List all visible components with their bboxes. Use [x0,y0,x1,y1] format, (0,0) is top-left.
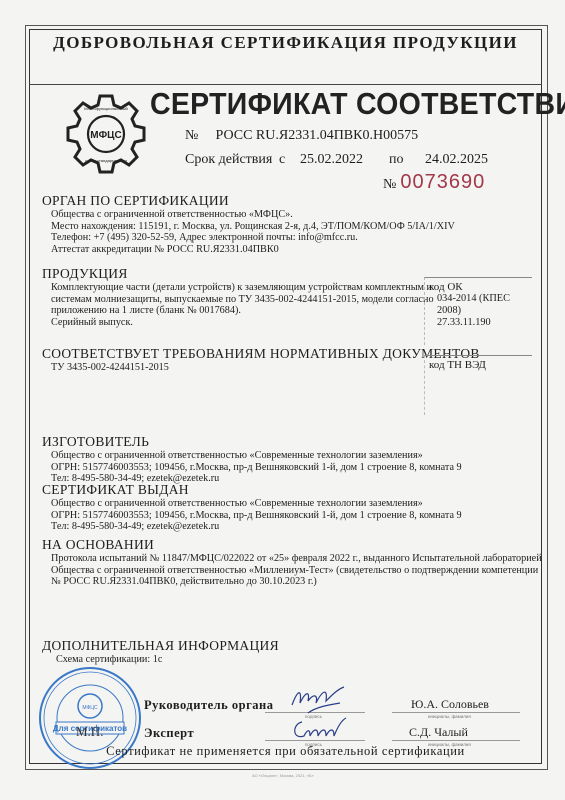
expert-label: Эксперт [144,726,194,741]
svg-text:Многофункциональный: Многофункциональный [84,106,128,111]
basis-section: НА ОСНОВАНИИ Протокола испытаний № 11847… [42,537,542,588]
text-line: ОГРН: 5157746003553; 109456, г.Москва, п… [51,510,462,522]
mfcs-gear-logo: МФЦС Многофункциональный центр стандарти… [64,92,148,176]
section-heading: ДОПОЛНИТЕЛЬНАЯ ИНФОРМАЦИЯ [42,638,279,653]
section-heading: ОРГАН ПО СЕРТИФИКАЦИИ [42,193,455,208]
code-ok-value: 034-2014 (КПЕС 2008) [429,293,532,317]
section-heading: ИЗГОТОВИТЕЛЬ [42,434,462,449]
number-label: № [185,128,212,144]
serial-label: № [383,177,396,192]
svg-text:МФЦС: МФЦС [82,705,98,711]
code-tn-ved-box: код ТН ВЭД [424,355,532,415]
text-line: Тел: 8-495-580-34-49; ezetek@ezetek.ru [51,521,462,533]
validity-label: Срок действия [185,152,272,168]
certificate-main-title: СЕРТИФИКАТ СООТВЕТСТВИЯ [150,86,565,122]
additional-info-section: ДОПОЛНИТЕЛЬНАЯ ИНФОРМАЦИЯ Схема сертифик… [42,638,279,666]
text-line: ОГРН: 5157746003553; 109456, г.Москва, п… [51,462,462,474]
code-ok-box: код ОК 034-2014 (КПЕС 2008) 27.33.11.190 [424,277,532,345]
text-line: Общества с ограниченной ответственностью… [51,209,455,221]
section-heading: СЕРТИФИКАТ ВЫДАН [42,482,462,497]
text-line: Общества с ограниченной ответственностью… [51,565,542,577]
text-line: Серийный выпуск. [51,317,434,329]
certificate-number: № РОСС RU.Я2331.04ПВК0.Н00575 [185,128,418,144]
text-line: № РОСС RU.Я2331.04ПВК0, действительно до… [51,576,542,588]
expert-name: С.Д. Чалый [409,725,468,740]
to-label: по [389,152,404,168]
svg-text:МФЦС: МФЦС [90,130,121,141]
manufacturer-section: ИЗГОТОВИТЕЛЬ Общество с ограниченной отв… [42,434,462,485]
serial-value: 0073690 [400,171,485,193]
issued-to-section: СЕРТИФИКАТ ВЫДАН Общество с ограниченной… [42,482,462,533]
section-heading: ПРОДУКЦИЯ [42,266,434,281]
section-heading: СООТВЕТСТВУЕТ ТРЕБОВАНИЯМ НОРМАТИВНЫХ ДО… [42,346,480,361]
head-handwritten-signature [288,685,348,717]
name-caption: инициалы, фамилия [428,714,471,719]
text-line: Телефон: +7 (495) 320-52-59, Адрес элект… [51,232,455,244]
code-ok-value: 27.33.11.190 [429,317,532,329]
text-line: Общество с ограниченной ответственностью… [51,450,462,462]
blank-serial-number: №0073690 [383,171,485,194]
text-line: Схема сертификации: 1с [51,654,279,666]
text-line: Общество с ограниченной ответственностью… [51,498,462,510]
expert-handwritten-signature [288,714,348,744]
to-date: 24.02.2025 [425,152,488,168]
code-tn-ved-title: код ТН ВЭД [429,359,532,371]
number-value: РОСС RU.Я2331.04ПВК0.Н00575 [216,128,419,143]
voluntary-certification-title: ДОБРОВОЛЬНАЯ СЕРТИФИКАЦИЯ ПРОДУКЦИИ [29,33,542,53]
text-line: Аттестат аккредитации № РОСС RU.Я2331.04… [51,244,455,256]
printer-imprint: АО «Опцион», Москва, 2021, «Б» [252,773,314,778]
head-name-line [392,712,520,713]
from-label: с [279,152,285,168]
compliance-section: СООТВЕТСТВУЕТ ТРЕБОВАНИЯМ НОРМАТИВНЫХ ДО… [42,346,480,374]
head-of-body-label: Руководитель органа [144,698,273,713]
code-ok-title: код ОК [429,281,532,293]
seal-place-label: М.П. [76,724,103,740]
text-line: Место нахождения: 115191, г. Москва, ул.… [51,221,455,233]
text-line: системам молниезащиты, выпускаемые по ТУ… [51,294,434,306]
section-heading: НА ОСНОВАНИИ [42,537,542,552]
text-line: ТУ 3435-002-4244151-2015 [51,362,480,374]
from-date: 25.02.2022 [300,152,363,168]
text-line: приложению на 1 листе (бланк № 0017684). [51,305,434,317]
product-section: ПРОДУКЦИЯ Комплектующие части (детали ус… [42,266,434,328]
text-line: Протокола испытаний № 11847/МФЦС/022022 … [51,553,542,565]
svg-text:центр стандартизации: центр стандартизации [85,158,127,163]
header-divider [29,84,542,85]
text-line: Комплектующие части (детали устройств) к… [51,282,434,294]
certification-body-section: ОРГАН ПО СЕРТИФИКАЦИИ Общества с огранич… [42,193,455,255]
footer-note: Сертификат не применяется при обязательн… [29,744,542,759]
expert-name-line [392,740,520,741]
head-name: Ю.А. Соловьев [411,697,489,712]
